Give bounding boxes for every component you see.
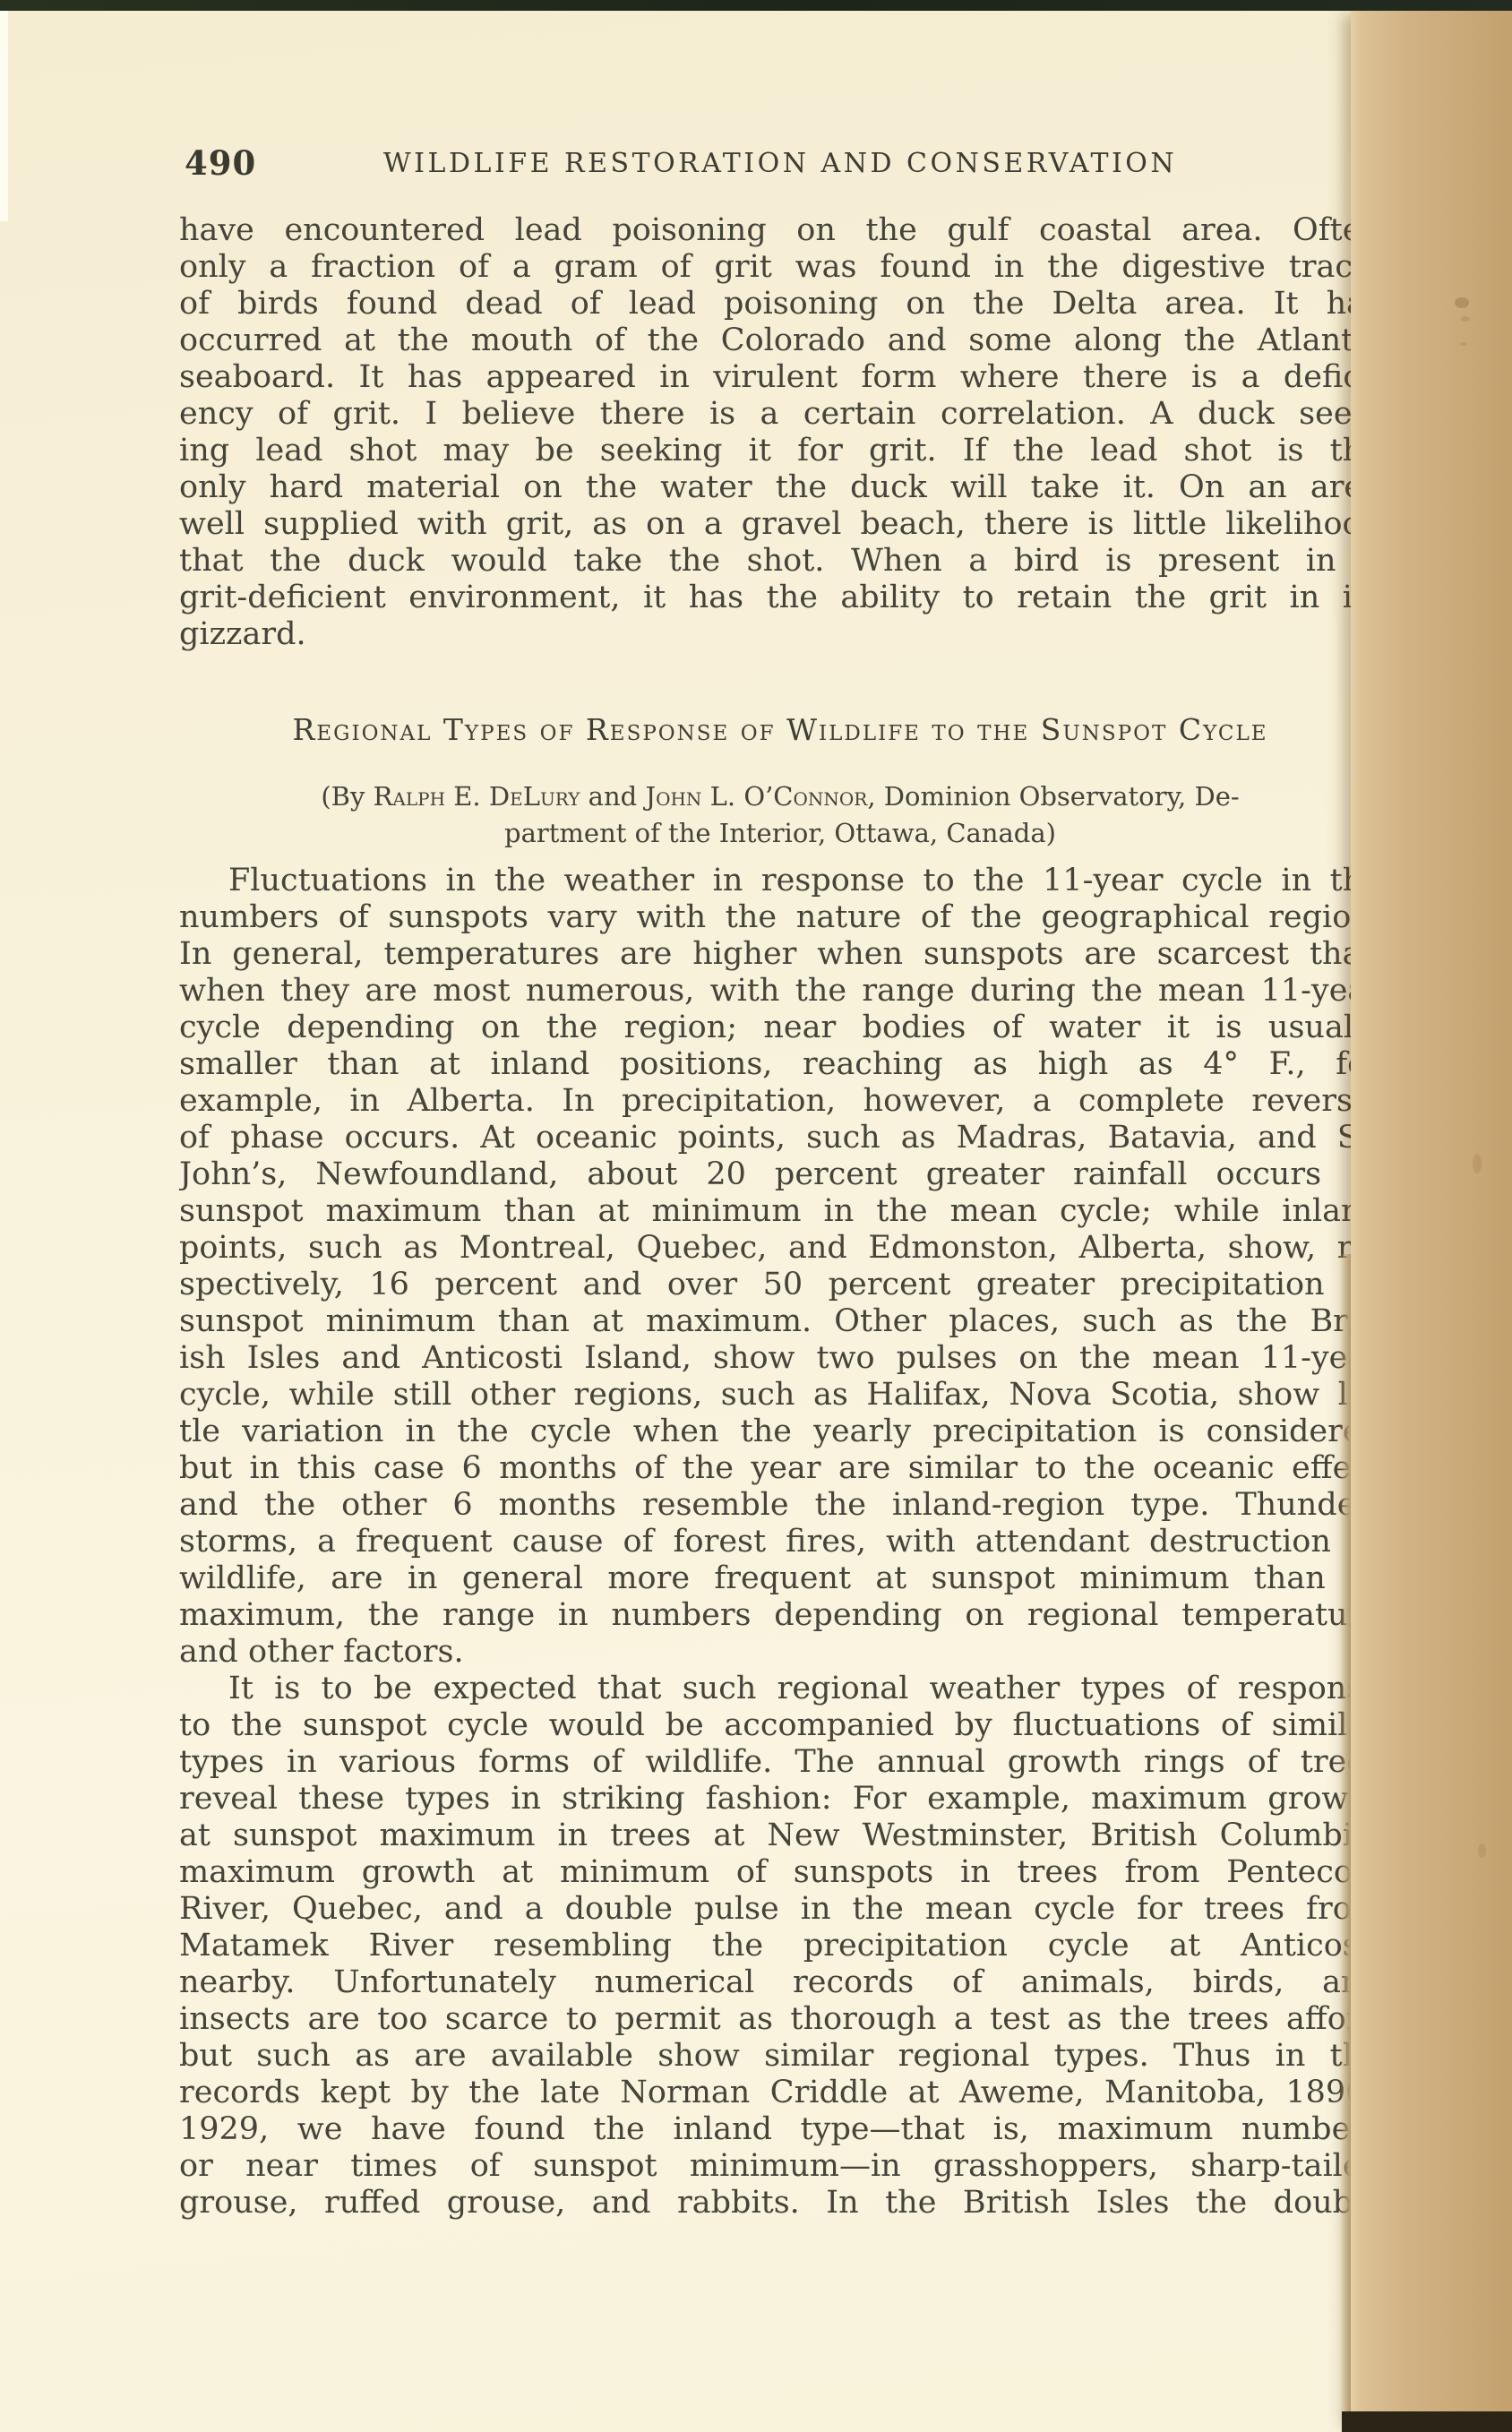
paragraph-regional-types: It is to be expected that such regional … <box>179 1671 1381 2221</box>
text-line: points, such as Montreal, Quebec, and Ed… <box>179 1230 1381 1267</box>
paragraph-lead-poisoning: have encountered lead poisoning on the g… <box>179 212 1381 653</box>
text-line: well supplied with grit, as on a gravel … <box>179 506 1381 543</box>
scanned-book-page: { "page": { "number": "490", "running_he… <box>0 0 1512 2432</box>
text-line: cycle depending on the region; near bodi… <box>179 1010 1381 1046</box>
text-line: smaller than at inland positions, reachi… <box>179 1046 1381 1083</box>
text-line: of phase occurs. At oceanic points, such… <box>179 1120 1381 1156</box>
text-line: numbers of sunspots vary with the nature… <box>179 899 1381 936</box>
text-line: types in various forms of wildlife. The … <box>179 1744 1381 1781</box>
page-number: 490 <box>185 143 256 183</box>
text-line: at sunspot maximum in trees at New Westm… <box>179 1818 1381 1854</box>
text-line: ing lead shot may be seeking it for grit… <box>179 433 1381 469</box>
text-line: but in this case 6 months of the year ar… <box>179 1450 1381 1487</box>
text-line: nearby. Unfortunately numerical records … <box>179 1964 1381 2001</box>
running-head: WILDLIFE RESTORATION AND CONSERVATION <box>179 143 1381 179</box>
text-line: grouse, ruffed grouse, and rabbits. In t… <box>179 2185 1381 2221</box>
byline-segment: Ralph E. DeLury <box>374 781 580 812</box>
text-line: and the other 6 months resemble the inla… <box>179 1487 1381 1524</box>
text-line: sunspot maximum than at minimum in the m… <box>179 1193 1381 1230</box>
text-line: only a fraction of a gram of grit was fo… <box>179 249 1381 286</box>
binding-strip <box>0 0 1512 11</box>
text-line: In general, temperatures are higher when… <box>179 936 1381 973</box>
byline-segment: and <box>580 781 645 812</box>
text-line: cycle, while still other regions, such a… <box>179 1377 1381 1414</box>
text-line: reveal these types in striking fashion: … <box>179 1781 1381 1818</box>
scan-edge-sliver <box>0 11 8 221</box>
text-line: spectively, 16 percent and over 50 perce… <box>179 1267 1381 1303</box>
text-line: seaboard. It has appeared in virulent fo… <box>179 359 1381 396</box>
text-line: wildlife, are in general more frequent a… <box>179 1560 1381 1597</box>
text-line: tle variation in the cycle when the year… <box>179 1414 1381 1450</box>
section-heading: Regional Types of Response of Wildlife t… <box>179 712 1381 747</box>
text-line: when they are most numerous, with the ra… <box>179 973 1381 1010</box>
byline-line-2: partment of the Interior, Ottawa, Canada… <box>179 815 1381 852</box>
byline-segment: , Dominion Observatory, De- <box>867 781 1239 812</box>
text-line: ency of grit. I believe there is a certa… <box>179 396 1381 433</box>
text-line: but such as are available show similar r… <box>179 2038 1381 2075</box>
text-line: storms, a frequent cause of forest fires… <box>179 1524 1381 1560</box>
text-line: and other factors. <box>179 1634 1381 1671</box>
bottom-edge-shadow <box>1342 2411 1512 2432</box>
text-line: insects are too scarce to permit as thor… <box>179 2001 1381 2038</box>
text-line: 1929, we have found the inland type—that… <box>179 2111 1381 2148</box>
text-line: occurred at the mouth of the Colorado an… <box>179 322 1381 359</box>
text-line: sunspot minimum than at maximum. Other p… <box>179 1303 1381 1340</box>
page-curl-edge <box>1351 11 1512 2432</box>
page-header: 490 WILDLIFE RESTORATION AND CONSERVATIO… <box>179 143 1381 185</box>
text-line: records kept by the late Norman Criddle … <box>179 2075 1381 2111</box>
text-line: of birds found dead of lead poisoning on… <box>179 286 1381 322</box>
text-line: It is to be expected that such regional … <box>179 1671 1381 1707</box>
text-line: or near times of sunspot minimum—in gras… <box>179 2148 1381 2185</box>
byline-line-1: (By Ralph E. DeLury and John L. O’Connor… <box>179 778 1381 815</box>
byline-segment: (By <box>321 781 373 812</box>
text-line: Fluctuations in the weather in response … <box>179 863 1381 899</box>
text-line: only hard material on the water the duck… <box>179 469 1381 506</box>
body-text: Fluctuations in the weather in response … <box>179 863 1381 2221</box>
text-line: River, Quebec, and a double pulse in the… <box>179 1891 1381 1928</box>
text-line: to the sunspot cycle would be accompanie… <box>179 1707 1381 1744</box>
paragraph-weather-fluctuations: Fluctuations in the weather in response … <box>179 863 1381 1671</box>
page-edge-mark <box>1473 1154 1482 1173</box>
page-edge-mark <box>1455 297 1469 308</box>
text-line: grit-deficient environment, it has the a… <box>179 580 1381 616</box>
text-line: John’s, Newfoundland, about 20 percent g… <box>179 1156 1381 1193</box>
text-line: Matamek River resembling the precipitati… <box>179 1928 1381 1964</box>
text-line: that the duck would take the shot. When … <box>179 543 1381 580</box>
byline-segment: John L. O’Connor <box>645 781 867 812</box>
text-line: maximum growth at minimum of sunspots in… <box>179 1854 1381 1891</box>
text-line: have encountered lead poisoning on the g… <box>179 212 1381 249</box>
text-line: maximum, the range in numbers depending … <box>179 1597 1381 1634</box>
text-line: ish Isles and Anticosti Island, show two… <box>179 1340 1381 1377</box>
text-line: gizzard. <box>179 616 1381 653</box>
page-edge-mark <box>1478 1843 1486 1858</box>
text-line: example, in Alberta. In precipitation, h… <box>179 1083 1381 1120</box>
byline: (By Ralph E. DeLury and John L. O’Connor… <box>179 778 1381 852</box>
